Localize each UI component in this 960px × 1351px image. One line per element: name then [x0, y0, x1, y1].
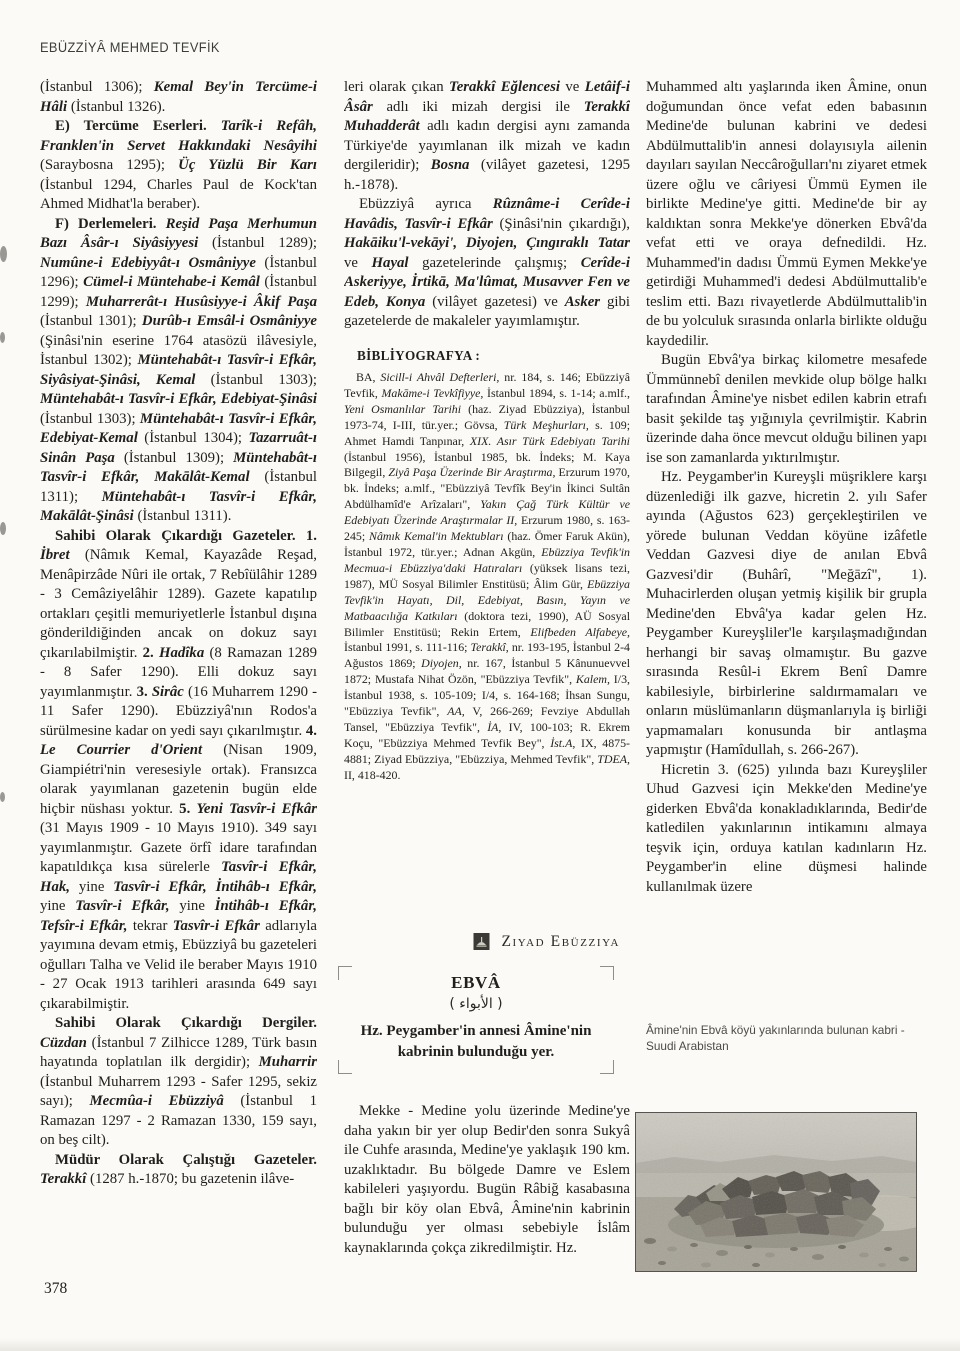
paragraph: Ebüzziyâ ayrıca Rûznâme-i Cerîde-i Havâd…: [344, 195, 630, 332]
middle-column: leri olarak çıkan Terakkî Eğlencesi ve L…: [344, 78, 630, 932]
encyclopedia-page: EBÜZZİYÂ MEHMED TEVFİK (İstanbul 1306); …: [0, 0, 960, 1351]
paragraph: Sahibi Olarak Çıkardığı Gazeteler. 1. İb…: [40, 527, 317, 1015]
corner-bracket-bottom-left: [338, 1060, 352, 1074]
paragraph: E) Tercüme Eserleri. Tarîk-i Refâh, Fran…: [40, 117, 317, 215]
page-number: 378: [44, 1280, 67, 1298]
publisher-logo-icon: [473, 932, 490, 951]
paragraph: F) Derlemeleri. Reşid Paşa Merhumun Bazı…: [40, 215, 317, 527]
middle-column-bottom-text: Mekke - Medine yolu üzerinde Medine'ye d…: [344, 1102, 630, 1258]
running-header: EBÜZZİYÂ MEHMED TEVFİK: [40, 40, 220, 55]
paragraph: Sahibi Olarak Çıkardığı Dergiler. Cüzdan…: [40, 1014, 317, 1151]
paragraph: Bugün Ebvâ'ya birkaç kilometre mesafede …: [646, 351, 927, 468]
paragraph: (İstanbul 1306); Kemal Bey'in Tercüme-i …: [40, 78, 317, 117]
entry-arabic-name: ( الأبواء ): [338, 996, 614, 1012]
paragraph: Müdür Olarak Çalıştığı Gazeteler. Terakk…: [40, 1151, 317, 1190]
paragraph: Muhammed altı yaşlarında iken Âmine, onu…: [646, 78, 927, 351]
bibliography-heading: BİBLİYOGRAFYA :: [344, 346, 630, 366]
bibliography-text: BA, Sicill-i Ahvâl Defterleri, nr. 184, …: [344, 370, 630, 784]
middle-column-text: leri olarak çıkan Terakkî Eğlencesi ve L…: [344, 78, 630, 332]
right-column: Muhammed altı yaşlarında iken Âmine, onu…: [646, 78, 927, 1012]
author-signature: Ziyad Ebüzziya: [344, 932, 630, 951]
left-column: (İstanbul 1306); Kemal Bey'in Tercüme-i …: [40, 78, 317, 1293]
corner-bracket-bottom-right: [600, 1060, 614, 1074]
paragraph: BA, Sicill-i Ahvâl Defterleri, nr. 184, …: [344, 370, 630, 784]
scan-edge-artifact: [0, 332, 5, 343]
scan-bottom-edge: [0, 1338, 960, 1351]
grave-photo: [635, 1112, 917, 1272]
paragraph: Hicretin 3. (625) yılında bazı Kureyşlil…: [646, 761, 927, 898]
corner-bracket-top-left: [338, 966, 352, 980]
scan-edge-artifact: [0, 522, 6, 535]
paragraph: leri olarak çıkan Terakkî Eğlencesi ve L…: [344, 78, 630, 195]
photo-caption: Âmine'nin Ebvâ köyü yakınlarında bulunan…: [646, 1022, 916, 1054]
entry-definition: Hz. Peygamber'in annesi Âmine'nin kabrin…: [354, 1021, 598, 1062]
paragraph: Mekke - Medine yolu üzerinde Medine'ye d…: [344, 1102, 630, 1258]
author-name: Ziyad Ebüzziya: [501, 933, 620, 951]
paragraph: Hz. Peygamber'in Kureyşli müşriklere kar…: [646, 468, 927, 761]
entry-title: EBVÂ: [338, 973, 614, 993]
entry-ebva: EBVÂ ( الأبواء ) Hz. Peygamber'in annesi…: [338, 966, 614, 1074]
scan-edge-artifact: [0, 246, 7, 262]
corner-bracket-top-right: [600, 966, 614, 980]
scan-edge-artifact: [0, 792, 5, 802]
